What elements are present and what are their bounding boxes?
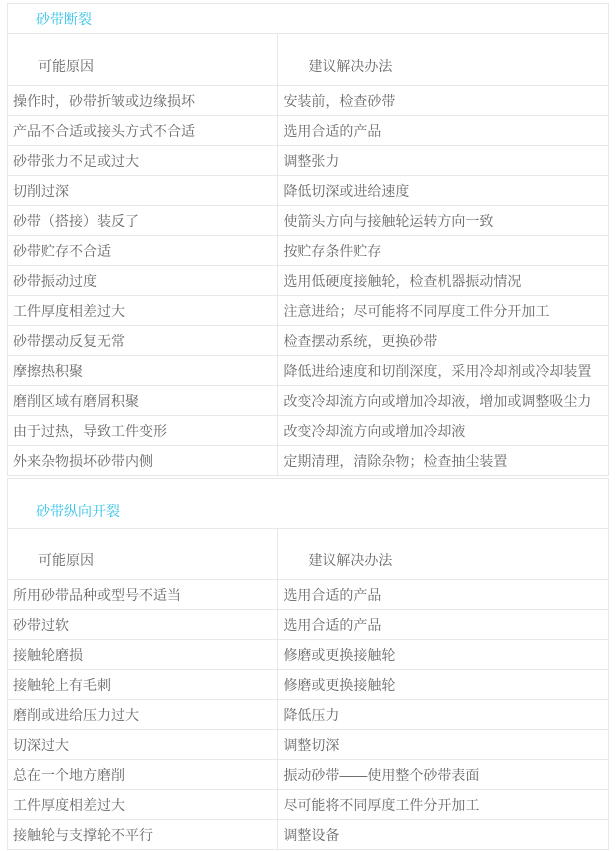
cause-cell: 磨削或进给压力过大 <box>8 700 278 730</box>
solution-cell: 修磨或更换接触轮 <box>278 640 609 670</box>
table-row: 所用砂带品种或型号不适当选用合适的产品 <box>8 580 609 610</box>
table-row: 切削过深降低切深或进给速度 <box>8 176 609 206</box>
cause-cell: 砂带张力不足或过大 <box>8 146 278 176</box>
table-row: 接触轮与支撑轮不平行调整设备 <box>8 820 609 850</box>
cause-cell: 由于过热，导致工件变形 <box>8 416 278 446</box>
table-row: 总在一个地方磨削振动砂带——使用整个砂带表面 <box>8 760 609 790</box>
table-row: 操作时，砂带折皱或边缘损坏安装前，检查砂带 <box>8 86 609 116</box>
cause-cell: 摩擦热积聚 <box>8 356 278 386</box>
cause-cell: 接触轮上有毛刺 <box>8 670 278 700</box>
solution-cell: 检查摆动系统，更换砂带 <box>278 326 609 356</box>
cause-cell: 操作时，砂带折皱或边缘损坏 <box>8 86 278 116</box>
solution-cell: 定期清理，清除杂物；检查抽尘装置 <box>278 446 609 476</box>
cause-cell: 切深过大 <box>8 730 278 760</box>
cause-cell: 接触轮磨损 <box>8 640 278 670</box>
belt-breakage-rows: 操作时，砂带折皱或边缘损坏安装前，检查砂带产品不合适或接头方式不合适选用合适的产… <box>8 86 609 476</box>
solution-cell: 选用合适的产品 <box>278 580 609 610</box>
belt-longitudinal-crack-table: 砂带纵向开裂 可能原因 建议解决办法 所用砂带品种或型号不适当选用合适的产品砂带… <box>7 478 609 850</box>
cause-cell: 工件厚度相差过大 <box>8 296 278 326</box>
cause-cell: 砂带摆动反复无常 <box>8 326 278 356</box>
cause-cell: 工件厚度相差过大 <box>8 790 278 820</box>
belt-troubleshooting-document: 砂带断裂 可能原因 建议解决办法 操作时，砂带折皱或边缘损坏安装前，检查砂带产品… <box>0 0 616 850</box>
solution-cell: 选用合适的产品 <box>278 610 609 640</box>
cause-cell: 磨削区域有磨屑积聚 <box>8 386 278 416</box>
section-title-row: 砂带纵向开裂 <box>8 479 609 529</box>
table-row: 砂带振动过度选用低硬度接触轮，检查机器振动情况 <box>8 266 609 296</box>
solution-cell: 调整切深 <box>278 730 609 760</box>
belt-longitudinal-crack-rows: 所用砂带品种或型号不适当选用合适的产品砂带过软选用合适的产品接触轮磨损修磨或更换… <box>8 580 609 850</box>
table-row: 砂带张力不足或过大调整张力 <box>8 146 609 176</box>
cause-cell: 外来杂物损坏砂带内侧 <box>8 446 278 476</box>
solution-cell: 注意进给；尽可能将不同厚度工件分开加工 <box>278 296 609 326</box>
table-row: 砂带贮存不合适按贮存条件贮存 <box>8 236 609 266</box>
cause-cell: 砂带振动过度 <box>8 266 278 296</box>
solution-cell: 降低压力 <box>278 700 609 730</box>
cause-cell: 砂带贮存不合适 <box>8 236 278 266</box>
table-row: 接触轮磨损修磨或更换接触轮 <box>8 640 609 670</box>
header-row: 可能原因 建议解决办法 <box>8 529 609 580</box>
solution-cell: 修磨或更换接触轮 <box>278 670 609 700</box>
solution-cell: 安装前，检查砂带 <box>278 86 609 116</box>
table-row: 产品不合适或接头方式不合适选用合适的产品 <box>8 116 609 146</box>
table-row: 磨削或进给压力过大降低压力 <box>8 700 609 730</box>
cause-cell: 接触轮与支撑轮不平行 <box>8 820 278 850</box>
table-row: 工件厚度相差过大注意进给；尽可能将不同厚度工件分开加工 <box>8 296 609 326</box>
section-title-belt-longitudinal-crack: 砂带纵向开裂 <box>8 479 609 529</box>
column-header-suggested-solution: 建议解决办法 <box>278 34 609 86</box>
solution-cell: 选用合适的产品 <box>278 116 609 146</box>
table-row: 外来杂物损坏砂带内侧定期清理，清除杂物；检查抽尘装置 <box>8 446 609 476</box>
solution-cell: 使箭头方向与接触轮运转方向一致 <box>278 206 609 236</box>
solution-cell: 调整设备 <box>278 820 609 850</box>
cause-cell: 切削过深 <box>8 176 278 206</box>
table-row: 由于过热，导致工件变形改变冷却流方向或增加冷却液 <box>8 416 609 446</box>
table-row: 磨削区域有磨屑积聚改变冷却流方向或增加冷却液，增加或调整吸尘力 <box>8 386 609 416</box>
cause-cell: 所用砂带品种或型号不适当 <box>8 580 278 610</box>
table-row: 砂带（搭接）装反了使箭头方向与接触轮运转方向一致 <box>8 206 609 236</box>
section-title-belt-breakage: 砂带断裂 <box>8 4 609 34</box>
cause-cell: 总在一个地方磨削 <box>8 760 278 790</box>
solution-cell: 选用低硬度接触轮，检查机器振动情况 <box>278 266 609 296</box>
table-row: 摩擦热积聚降低进给速度和切削深度，采用冷却剂或冷却装置 <box>8 356 609 386</box>
cause-cell: 产品不合适或接头方式不合适 <box>8 116 278 146</box>
solution-cell: 振动砂带——使用整个砂带表面 <box>278 760 609 790</box>
table-row: 接触轮上有毛刺修磨或更换接触轮 <box>8 670 609 700</box>
table-row: 砂带摆动反复无常检查摆动系统，更换砂带 <box>8 326 609 356</box>
column-header-suggested-solution: 建议解决办法 <box>278 529 609 580</box>
solution-cell: 降低切深或进给速度 <box>278 176 609 206</box>
cause-cell: 砂带（搭接）装反了 <box>8 206 278 236</box>
column-header-possible-cause: 可能原因 <box>8 529 278 580</box>
solution-cell: 调整张力 <box>278 146 609 176</box>
header-row: 可能原因 建议解决办法 <box>8 34 609 86</box>
solution-cell: 尽可能将不同厚度工件分开加工 <box>278 790 609 820</box>
solution-cell: 按贮存条件贮存 <box>278 236 609 266</box>
solution-cell: 改变冷却流方向或增加冷却液，增加或调整吸尘力 <box>278 386 609 416</box>
table-row: 切深过大调整切深 <box>8 730 609 760</box>
solution-cell: 改变冷却流方向或增加冷却液 <box>278 416 609 446</box>
table-row: 工件厚度相差过大尽可能将不同厚度工件分开加工 <box>8 790 609 820</box>
table-row: 砂带过软选用合适的产品 <box>8 610 609 640</box>
section-title-row: 砂带断裂 <box>8 4 609 34</box>
cause-cell: 砂带过软 <box>8 610 278 640</box>
column-header-possible-cause: 可能原因 <box>8 34 278 86</box>
belt-breakage-table: 砂带断裂 可能原因 建议解决办法 操作时，砂带折皱或边缘损坏安装前，检查砂带产品… <box>7 3 609 476</box>
solution-cell: 降低进给速度和切削深度，采用冷却剂或冷却装置 <box>278 356 609 386</box>
